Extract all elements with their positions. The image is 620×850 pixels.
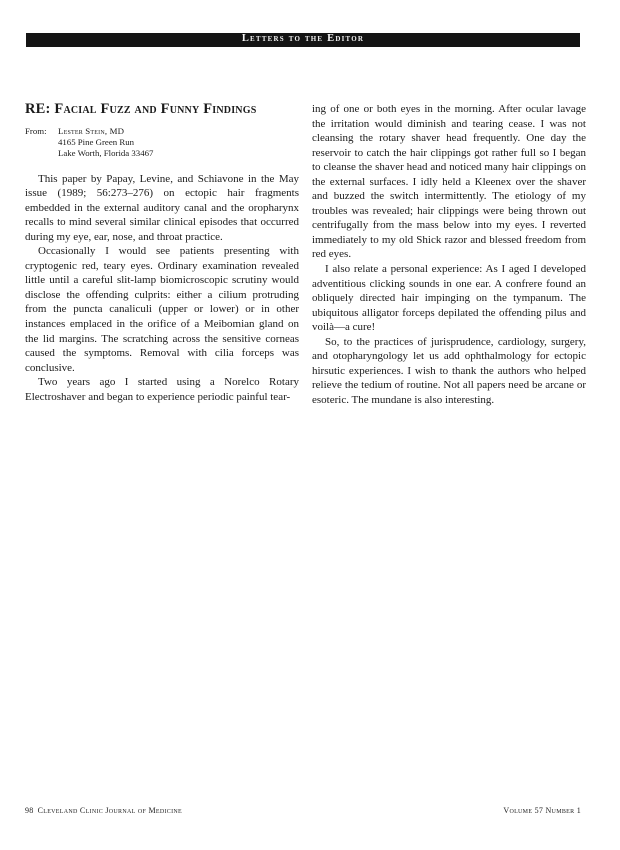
from-label: From: — [25, 126, 58, 159]
letter-paragraph: Occasionally I would see patients presen… — [25, 244, 299, 375]
from-block: From: Lester Stein, MD 4165 Pine Green R… — [25, 126, 299, 159]
letter-paragraph: This paper by Papay, Levine, and Schiavo… — [25, 172, 299, 245]
letter-paragraph-continuation: ing of one or both eyes in the morning. … — [312, 102, 586, 262]
section-header-title: Letters to the Editor — [242, 34, 364, 46]
letter-paragraph: I also relate a personal experience: As … — [312, 262, 586, 335]
journal-page: Letters to the Editor RE: Facial Fuzz an… — [0, 0, 620, 850]
letter-paragraph: So, to the practices of jurisprudence, c… — [312, 335, 586, 408]
author-address-line2: Lake Worth, Florida 33467 — [58, 148, 153, 159]
section-header-bar: Letters to the Editor — [26, 33, 580, 47]
letter-paragraph: Two years ago I started using a Norelco … — [25, 375, 299, 404]
right-column-body: ing of one or both eyes in the morning. … — [312, 102, 586, 407]
author-address-line1: 4165 Pine Green Run — [58, 137, 153, 148]
letter-title: RE: Facial Fuzz and Funny Findings — [25, 102, 299, 118]
author-name: Lester Stein, MD — [58, 126, 153, 137]
from-details: Lester Stein, MD 4165 Pine Green Run Lak… — [58, 126, 153, 159]
volume-info: Volume 57 Number 1 — [503, 806, 581, 816]
journal-name: Cleveland Clinic Journal of Medicine — [38, 806, 182, 815]
right-column: ing of one or both eyes in the morning. … — [312, 102, 586, 407]
left-column: RE: Facial Fuzz and Funny Findings From:… — [25, 102, 299, 407]
footer-journal: 98Cleveland Clinic Journal of Medicine — [25, 806, 182, 816]
left-column-body: This paper by Papay, Levine, and Schiavo… — [25, 172, 299, 405]
page-number: 98 — [25, 806, 34, 815]
page-footer: 98Cleveland Clinic Journal of Medicine V… — [25, 806, 581, 816]
letter-content: RE: Facial Fuzz and Funny Findings From:… — [25, 102, 586, 407]
